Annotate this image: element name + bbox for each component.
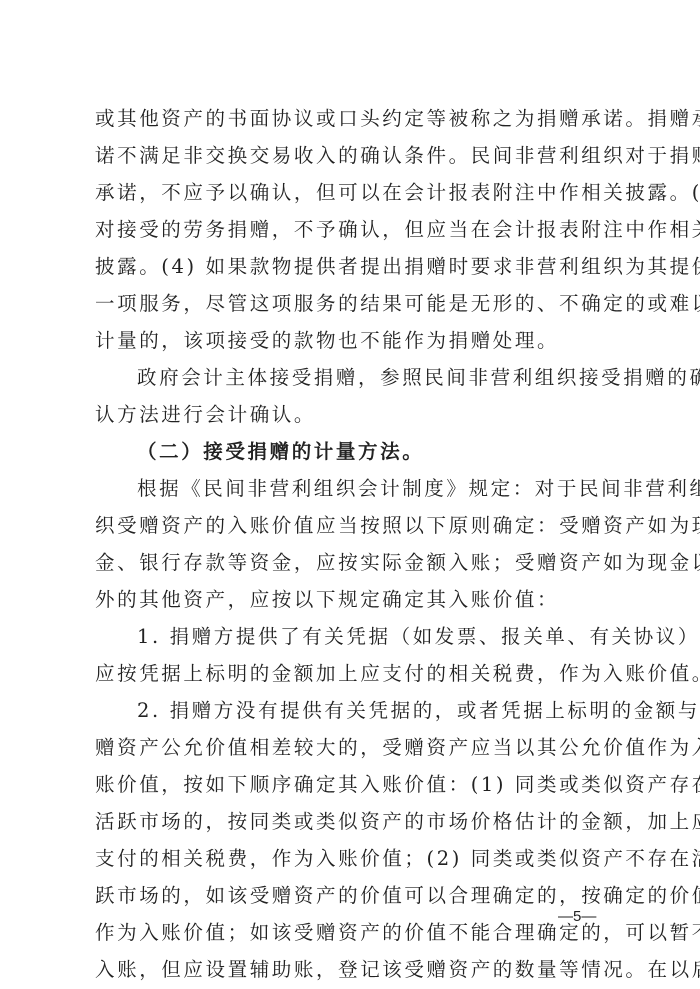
text-line: 金、银行存款等资金，应按实际金额入账；受赠资产如为现金以 <box>95 544 620 581</box>
text-line: 赠资产公允价值相差较大的，受赠资产应当以其公允价值作为入 <box>95 729 620 766</box>
text-line: 对接受的劳务捐赠，不予确认，但应当在会计报表附注中作相关 <box>95 211 620 248</box>
document-page: 或其他资产的书面协议或口头约定等被称之为捐赠承诺。捐赠承 诺不满足非交换交易收入… <box>0 0 700 989</box>
paragraph-start: 政府会计主体接受捐赠，参照民间非营利组织接受捐赠的确 <box>95 359 620 396</box>
text-line: 诺不满足非交换交易收入的确认条件。民间非营利组织对于捐赠 <box>95 137 620 174</box>
text-line: 织受赠资产的入账价值应当按照以下原则确定：受赠资产如为现 <box>95 507 620 544</box>
text-line: 认方法进行会计确认。 <box>95 396 620 433</box>
paragraph-start: 根据《民间非营利组织会计制度》规定：对于民间非营利组 <box>95 470 620 507</box>
text-line: 活跃市场的，按同类或类似资产的市场价格估计的金额，加上应 <box>95 803 620 840</box>
body-text: 或其他资产的书面协议或口头约定等被称之为捐赠承诺。捐赠承 诺不满足非交换交易收入… <box>95 100 620 988</box>
text-line: 一项服务，尽管这项服务的结果可能是无形的、不确定的或难以 <box>95 285 620 322</box>
text-line: 外的其他资产，应按以下规定确定其入账价值： <box>95 581 620 618</box>
text-line: 承诺，不应予以确认，但可以在会计报表附注中作相关披露。(3) <box>95 174 620 211</box>
text-line: 应按凭据上标明的金额加上应支付的相关税费，作为入账价值。 <box>95 655 620 692</box>
text-line: 入账，但应设置辅助账，登记该受赠资产的数量等情况。在以后 <box>95 951 620 988</box>
text-line: 跃市场的，如该受赠资产的价值可以合理确定的，按确定的价值 <box>95 877 620 914</box>
text-line: 账价值，按如下顺序确定其入账价值：(1) 同类或类似资产存在 <box>95 766 620 803</box>
text-line: 计量的，该项接受的款物也不能作为捐赠处理。 <box>95 322 620 359</box>
section-heading: （二）接受捐赠的计量方法。 <box>95 433 620 470</box>
list-item-1: 1. 捐赠方提供了有关凭据（如发票、报关单、有关协议）的， <box>95 618 620 655</box>
list-item-2: 2. 捐赠方没有提供有关凭据的，或者凭据上标明的金额与受 <box>95 692 620 729</box>
text-line: 支付的相关税费，作为入账价值；(2) 同类或类似资产不存在活 <box>95 840 620 877</box>
page-number: —5— <box>558 908 596 925</box>
text-line: 或其他资产的书面协议或口头约定等被称之为捐赠承诺。捐赠承 <box>95 100 620 137</box>
text-line: 作为入账价值；如该受赠资产的价值不能合理确定的，可以暂不 <box>95 914 620 951</box>
text-line: 披露。(4) 如果款物提供者提出捐赠时要求非营利组织为其提供 <box>95 248 620 285</box>
